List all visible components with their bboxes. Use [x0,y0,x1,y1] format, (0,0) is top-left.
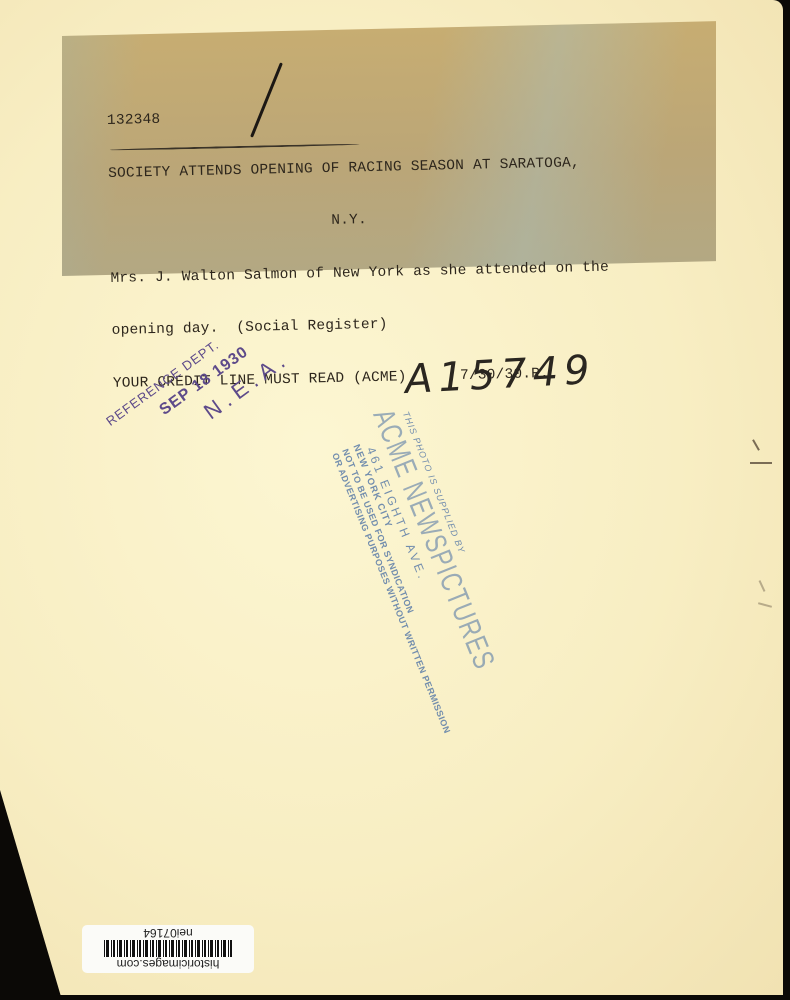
pencil-underline [110,143,360,151]
torn-corner [0,790,62,1000]
caption-headline-location: N.Y. [109,204,709,235]
barcode-site: historicimages.com [82,957,254,971]
caption-description-line2: opening day. (Social Register) [112,309,712,340]
barcode-icon [104,940,232,957]
caption-description-line1: Mrs. J. Walton Salmon of New York as she… [110,257,710,288]
pencil-mark [750,462,772,464]
barcode-sticker: historicimages.com nei07164 [82,925,254,973]
caption-headline: SOCIETY ATTENDS OPENING OF RACING SEASON… [108,152,708,183]
barcode-number: nei07164 [82,926,254,940]
caption-photo-number: 132348 [107,99,707,130]
